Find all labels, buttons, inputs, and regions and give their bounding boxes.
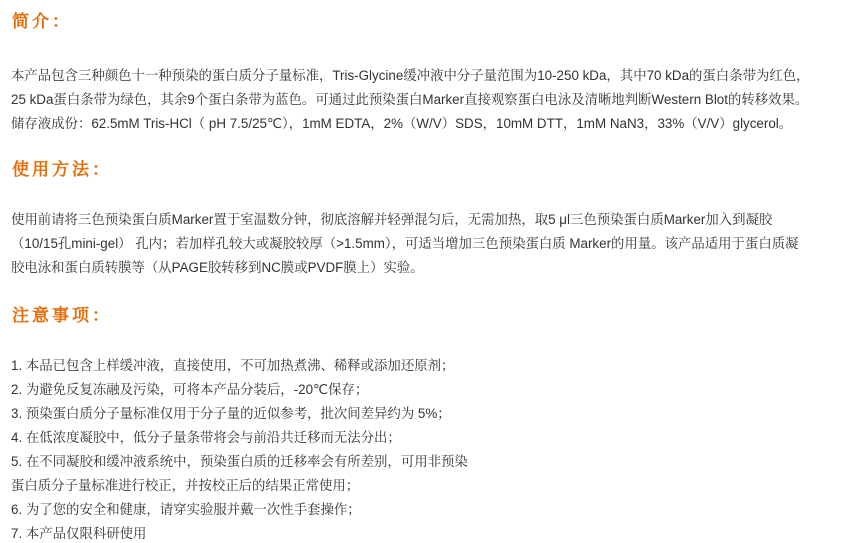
note-item: 3. 预染蛋白质分子量标准仅用于分子量的近似参考，批次间差异约为 5%；	[11, 402, 841, 426]
intro-line: 25 kDa蛋白条带为绿色，其余9个蛋白条带为蓝色。可通过此预染蛋白Marker…	[11, 88, 841, 112]
note-item-continuation: 蛋白质分子量标准进行校正，并按校正后的结果正常使用；	[11, 474, 841, 498]
usage-paragraph: 使用前请将三色预染蛋白质Marker置于室温数分钟，彻底溶解并轻弹混匀后，无需加…	[11, 208, 841, 280]
intro-line: 本产品包含三种颜色十一种预染的蛋白质分子量标准，Tris-Glycine缓冲液中…	[11, 64, 841, 88]
note-item: 5. 在不同凝胶和缓冲液系统中，预染蛋白质的迁移率会有所差别，可用非预染	[11, 450, 841, 474]
usage-line: 胶电泳和蛋白质转膜等（从PAGE胶转移到NC膜或PVDF膜上）实验。	[11, 256, 841, 280]
note-item: 7. 本产品仅限科研使用	[11, 522, 841, 543]
notes-list: 1. 本品已包含上样缓冲液，直接使用，不可加热煮沸、稀释或添加还原剂； 2. 为…	[11, 354, 841, 543]
intro-paragraph: 本产品包含三种颜色十一种预染的蛋白质分子量标准，Tris-Glycine缓冲液中…	[11, 64, 841, 136]
note-item: 4. 在低浓度凝胶中，低分子量条带将会与前沿共迁移而无法分出；	[11, 426, 841, 450]
intro-heading: 简介：	[12, 10, 72, 34]
note-item: 6. 为了您的安全和健康，请穿实验服并戴一次性手套操作；	[11, 498, 841, 522]
note-item: 1. 本品已包含上样缓冲液，直接使用，不可加热煮沸、稀释或添加还原剂；	[11, 354, 841, 378]
notes-heading: 注意事项：	[12, 304, 112, 328]
usage-line: 使用前请将三色预染蛋白质Marker置于室温数分钟，彻底溶解并轻弹混匀后，无需加…	[11, 208, 841, 232]
usage-heading: 使用方法：	[12, 158, 112, 182]
intro-line: 储存液成份：62.5mM Tris-HCl（ pH 7.5/25℃），1mM E…	[11, 112, 841, 136]
note-item: 2. 为避免反复冻融及污染，可将本产品分装后，-20℃保存；	[11, 378, 841, 402]
usage-line: （10/15孔mini-gel） 孔内；若加样孔较大或凝胶较厚（>1.5mm），…	[11, 232, 841, 256]
